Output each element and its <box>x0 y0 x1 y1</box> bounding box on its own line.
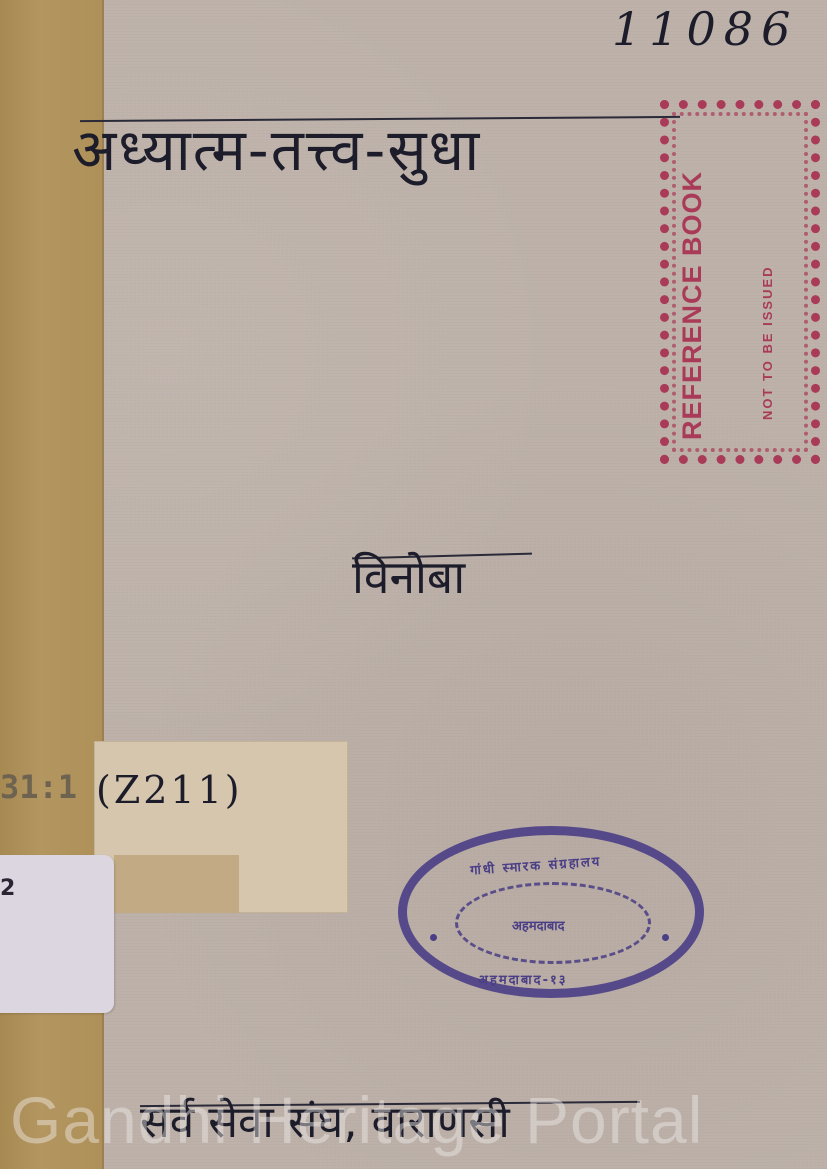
call-number-prefix: 31:1 <box>0 768 77 806</box>
sticker-number: 2 <box>0 876 15 901</box>
library-sticker <box>0 855 114 1013</box>
book-title: अध्यात्म-तत्त्व-सुधा <box>72 108 481 187</box>
stamp-dot-left <box>430 934 437 941</box>
portal-watermark: Gandhi Heritage Portal <box>10 1082 703 1158</box>
stamp-bottom-text: अहमदाबाद-१३ <box>478 970 568 988</box>
stamp-dot-right <box>662 934 669 941</box>
book-author: विनोबा <box>352 545 465 607</box>
accession-number: 11086 <box>612 2 798 56</box>
reference-stamp-subtext: NOT TO BE ISSUED <box>760 265 775 420</box>
reference-stamp-text: REFERENCE BOOK <box>677 171 708 440</box>
call-number: (Z211) <box>96 768 243 812</box>
label-tape <box>114 855 239 913</box>
stamp-middle-text: अहमदाबाद <box>512 916 565 934</box>
